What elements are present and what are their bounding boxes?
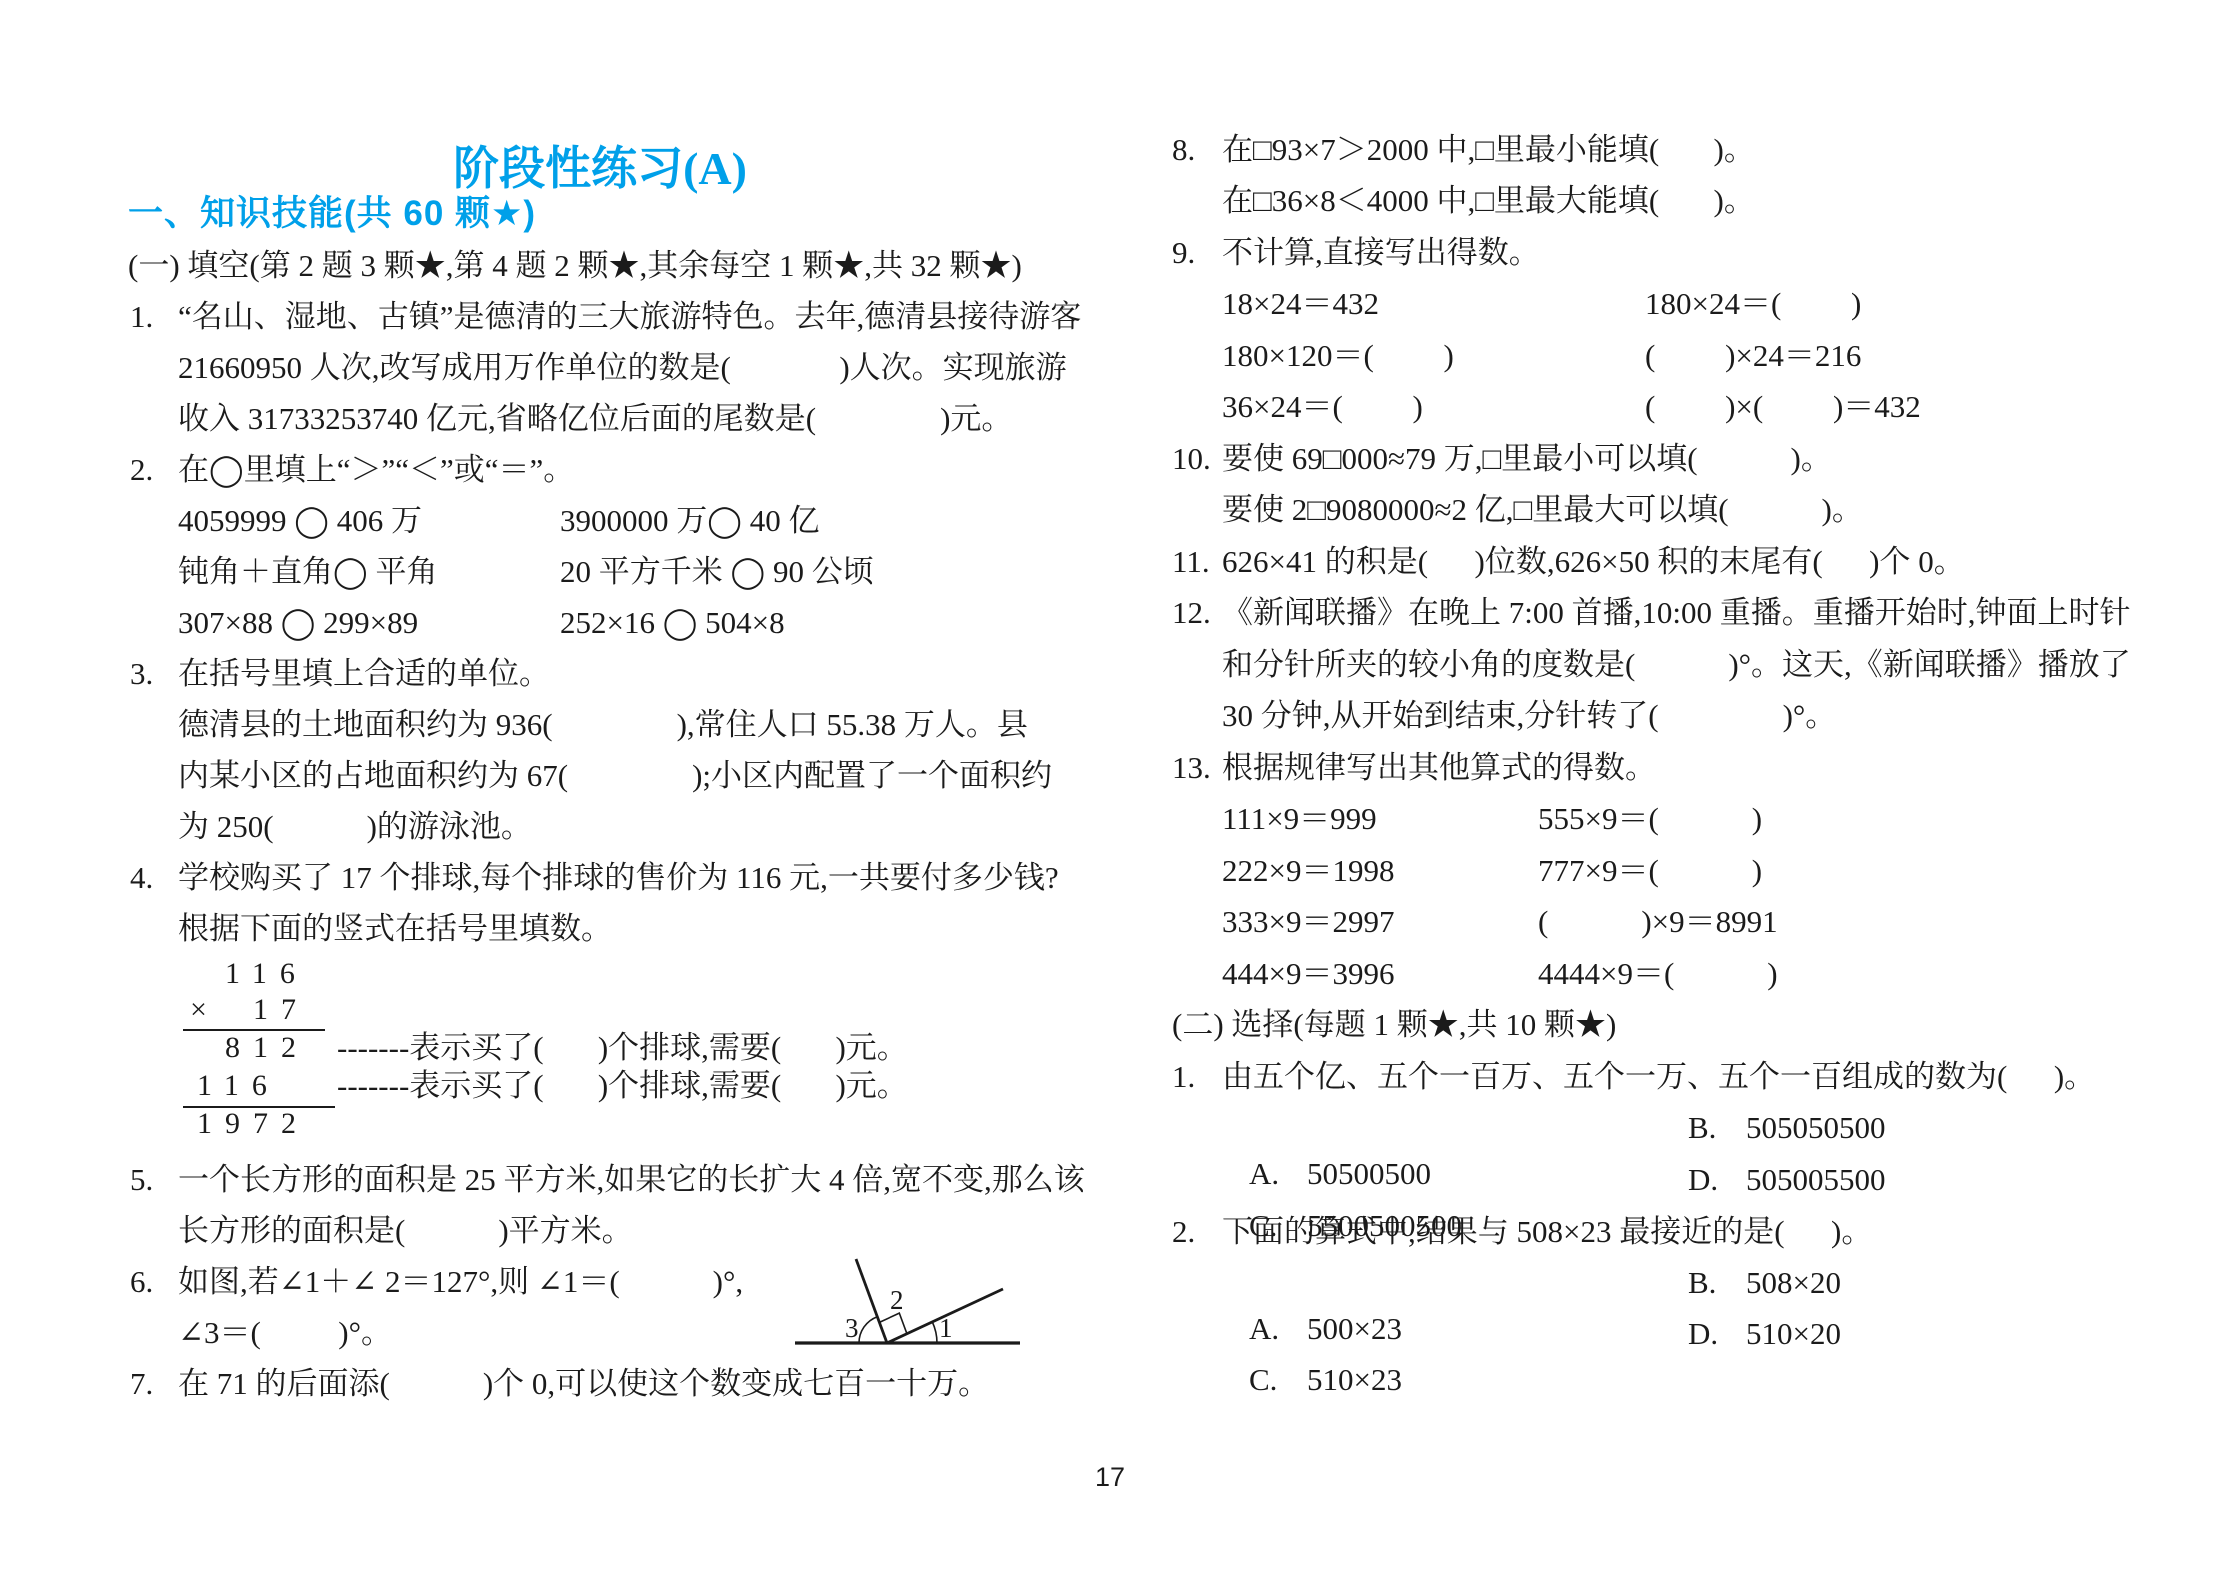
choice-1-number: 1. (1172, 1054, 1222, 1100)
question-11-line: 11.626×41 的积是( )位数,626×50 积的末尾有( )个 0。 (1172, 539, 1965, 585)
angle3-arc (859, 1317, 877, 1343)
angle-figure: 3 2 1 (775, 1235, 1030, 1360)
choice-2-options-row: C.510×23 D.510×20 (1218, 1311, 2148, 1357)
question-8-line: 8.在□93×7＞2000 中,□里最小能填( )。 (1172, 127, 1755, 173)
option-c: C.510×23 (1249, 1362, 1402, 1397)
question-3-text: 在括号里填上合适的单位。 (178, 656, 550, 691)
question-10-text: 要使 69□000≈79 万,□里最小可以填( )。 (1222, 441, 1832, 476)
pattern-row: 111×9＝999555×9＝( ) (1222, 796, 2152, 842)
question-3-number: 3. (130, 651, 178, 697)
question-2-line: 2.在◯里填上“＞”“＜”或“＝”。 (130, 447, 574, 493)
question-6-line: 6.如图,若∠1＋∠ 2＝127°,则 ∠1＝( )°, (130, 1259, 743, 1305)
option-b-value: 505050500 (1746, 1110, 1886, 1145)
question-4-number: 4. (130, 855, 178, 901)
question-10-line: 要使 2□9080000≈2 亿,□里最大可以填( )。 (1222, 487, 1863, 533)
compare-cell: 252×16 ◯ 504×8 (560, 600, 785, 646)
oral-calc-row: 18×24＝432180×24＝( ) (1222, 281, 2152, 327)
pattern-cell: 777×9＝( ) (1538, 848, 1762, 894)
question-2-text: 在◯里填上“＞”“＜”或“＝”。 (178, 452, 574, 487)
choice-1-options-row: C.5500500500 D.505005500 (1218, 1157, 2148, 1203)
oral-calc-cell: ( )×24＝216 (1645, 333, 1861, 379)
choice-2-text: 下面的算式中,结果与 508×23 最接近的是( )。 (1222, 1214, 1872, 1249)
pattern-cell: 444×9＝3996 (1222, 956, 1394, 991)
option-d-value: 510×20 (1746, 1316, 1841, 1351)
pattern-cell: ( )×9＝8991 (1538, 899, 1778, 945)
compare-cell: 20 平方千米 ◯ 90 公顷 (560, 549, 874, 595)
compare-cell: 307×88 ◯ 299×89 (178, 605, 418, 640)
oral-calc-cell: 18×24＝432 (1222, 286, 1379, 321)
question-9-text: 不计算,直接写出得数。 (1222, 235, 1540, 270)
oral-calc-cell: 180×24＝( ) (1645, 281, 1861, 327)
choice-2-options-row: A.500×23 B.508×20 (1218, 1260, 2148, 1306)
option-c-letter: C. (1249, 1357, 1307, 1403)
question-5-line: 长方形的面积是( )平方米。 (178, 1208, 633, 1254)
option-b-letter: B. (1688, 1260, 1746, 1306)
option-d-letter: D. (1688, 1157, 1746, 1203)
oral-calc-cell: ( )×( )＝432 (1645, 384, 1921, 430)
question-9-number: 9. (1172, 230, 1222, 276)
angle3-label: 3 (845, 1313, 859, 1343)
question-12-line: 12.《新闻联播》在晚上 7:00 首播,10:00 重播。重播开始时,钟面上时… (1172, 590, 2130, 636)
option-b-letter: B. (1688, 1105, 1746, 1151)
option-b-value: 508×20 (1746, 1265, 1841, 1300)
pattern-cell: 222×9＝1998 (1222, 853, 1394, 888)
question-4-text: 学校购买了 17 个排球,每个排球的售价为 116 元,一共要付多少钱? (178, 860, 1059, 895)
question-13-line: 13.根据规律写出其他算式的得数。 (1172, 745, 1656, 791)
question-13-text: 根据规律写出其他算式的得数。 (1222, 750, 1656, 785)
fill-blank-subheading: (一) 填空(第 2 题 3 颗★,第 4 题 2 颗★,其余每空 1 颗★,共… (128, 243, 1022, 289)
question-10-number: 10. (1172, 436, 1222, 482)
oral-calc-cell: 180×120＝( ) (1222, 338, 1454, 373)
vertical-mult-multiplier: 17 (253, 993, 309, 1027)
compare-cell: 4059999 ◯ 406 万 (178, 503, 422, 538)
compare-row: 4059999 ◯ 406 万3900000 万◯ 40 亿 (178, 498, 1078, 544)
question-1-line: 1.“名山、湿地、古镇”是德清的三大旅游特色。去年,德清县接待游客 (130, 294, 1081, 340)
question-7-number: 7. (130, 1361, 178, 1407)
question-3-line: 内某小区的占地面积约为 67( );小区内配置了一个面积约 (178, 753, 1052, 799)
question-13-number: 13. (1172, 745, 1222, 791)
question-1-line: 收入 31733253740 亿元,省略亿位后面的尾数是( )元。 (178, 396, 1012, 442)
question-5-number: 5. (130, 1157, 178, 1203)
partial2-annotation: -------表示买了( )个排球,需要( )元。 (337, 1063, 908, 1109)
question-8-line: 在□36×8＜4000 中,□里最大能填( )。 (1222, 178, 1755, 224)
question-9-line: 9.不计算,直接写出得数。 (1172, 230, 1540, 276)
question-12-line: 30 分钟,从开始到结束,分针转了( )°。 (1222, 693, 1836, 739)
angle1-label: 1 (939, 1313, 953, 1343)
page-number: 17 (1050, 1462, 1170, 1493)
compare-row: 307×88 ◯ 299×89252×16 ◯ 504×8 (178, 600, 1078, 646)
choice-1-line: 1.由五个亿、五个一百万、五个一万、五个一百组成的数为( )。 (1172, 1054, 2095, 1100)
oral-calc-row: 36×24＝( )( )×( )＝432 (1222, 384, 2152, 430)
question-6-text: 如图,若∠1＋∠ 2＝127°,则 ∠1＝( )°, (178, 1264, 743, 1299)
page-title: 阶段性练习(A) (100, 132, 1100, 198)
option-c-value: 510×23 (1307, 1362, 1402, 1397)
question-10-line: 10.要使 69□000≈79 万,□里最小可以填( )。 (1172, 436, 1832, 482)
oral-calc-row: 180×120＝( )( )×24＝216 (1222, 333, 2152, 379)
compare-cell: 3900000 万◯ 40 亿 (560, 498, 819, 544)
question-6-line: ∠3＝( )°。 (178, 1310, 392, 1356)
question-6-number: 6. (130, 1259, 178, 1305)
question-2-number: 2. (130, 447, 178, 493)
vertical-mult-partial1: 812 (225, 1031, 309, 1065)
question-3-line: 为 250( )的游泳池。 (178, 804, 532, 850)
pattern-cell: 4444×9＝( ) (1538, 951, 1778, 997)
steep-ray (856, 1259, 887, 1343)
pattern-row: 333×9＝2997( )×9＝8991 (1222, 899, 2152, 945)
question-7-line: 7.在 71 的后面添( )个 0,可以使这个数变成七百一十万。 (130, 1361, 989, 1407)
option-d-value: 505005500 (1746, 1162, 1886, 1197)
worksheet-page: 阶段性练习(A) 一、知识技能(共 60 颗★) (一) 填空(第 2 题 3 … (0, 0, 2220, 1571)
oral-calc-cell: 36×24＝( ) (1222, 389, 1423, 424)
option-d: D.510×20 (1688, 1311, 1841, 1357)
question-8-number: 8. (1172, 127, 1222, 173)
vertical-mult-multiplicand: 116 (225, 957, 308, 991)
option-b: B.505050500 (1688, 1105, 1886, 1151)
option-b: B.508×20 (1688, 1260, 1841, 1306)
pattern-cell: 555×9＝( ) (1538, 796, 1762, 842)
question-3-line: 德清县的土地面积约为 936( ),常住人口 55.38 万人。县 (178, 702, 1028, 748)
question-5-text: 一个长方形的面积是 25 平方米,如果它的长扩大 4 倍,宽不变,那么该 (178, 1162, 1085, 1197)
question-12-line: 和分针所夹的较小角的度数是( )°。这天,《新闻联播》播放了 (1222, 642, 2131, 688)
question-1-number: 1. (130, 294, 178, 340)
question-4-line: 4.学校购买了 17 个排球,每个排球的售价为 116 元,一共要付多少钱? (130, 855, 1059, 901)
question-12-text: 《新闻联播》在晚上 7:00 首播,10:00 重播。重播开始时,钟面上时针 (1222, 595, 2130, 630)
section-heading-knowledge-skills: 一、知识技能(共 60 颗★) (128, 190, 536, 238)
vertical-mult-partial2: 116 (197, 1069, 280, 1103)
choice-1-options-row: A.50500500 B.505050500 (1218, 1105, 2148, 1151)
angle1-arc (932, 1322, 937, 1343)
question-8-text: 在□93×7＞2000 中,□里最小能填( )。 (1222, 132, 1755, 167)
choice-1-text: 由五个亿、五个一百万、五个一万、五个一百组成的数为( )。 (1222, 1059, 2095, 1094)
question-11-number: 11. (1172, 539, 1222, 585)
question-7-text: 在 71 的后面添( )个 0,可以使这个数变成七百一十万。 (178, 1366, 989, 1401)
question-1-line: 21660950 人次,改写成用万作单位的数是( )人次。实现旅游 (178, 345, 1067, 391)
choice-2-line: 2.下面的算式中,结果与 508×23 最接近的是( )。 (1172, 1209, 1872, 1255)
pattern-row: 444×9＝39964444×9＝( ) (1222, 951, 2152, 997)
question-12-number: 12. (1172, 590, 1222, 636)
question-3-line: 3.在括号里填上合适的单位。 (130, 651, 550, 697)
option-d: D.505005500 (1688, 1157, 1886, 1203)
compare-row: 钝角＋直角◯ 平角20 平方千米 ◯ 90 公顷 (178, 549, 1078, 595)
question-4-line: 根据下面的竖式在括号里填数。 (178, 906, 612, 952)
pattern-row: 222×9＝1998777×9＝( ) (1222, 848, 2152, 894)
question-1-text: “名山、湿地、古镇”是德清的三大旅游特色。去年,德清县接待游客 (178, 299, 1081, 334)
option-d-letter: D. (1688, 1311, 1746, 1357)
choice-2-number: 2. (1172, 1209, 1222, 1255)
pattern-cell: 111×9＝999 (1222, 801, 1377, 836)
question-5-line: 5.一个长方形的面积是 25 平方米,如果它的长扩大 4 倍,宽不变,那么该 (130, 1157, 1085, 1203)
choice-subheading: (二) 选择(每题 1 颗★,共 10 颗★) (1172, 1002, 1616, 1048)
multiply-sign: × (190, 993, 220, 1027)
compare-cell: 钝角＋直角◯ 平角 (178, 554, 437, 589)
question-11-text: 626×41 的积是( )位数,626×50 积的末尾有( )个 0。 (1222, 544, 1965, 579)
pattern-cell: 333×9＝2997 (1222, 904, 1394, 939)
vertical-mult-total: 1972 (197, 1107, 309, 1141)
angle2-label: 2 (890, 1285, 904, 1315)
